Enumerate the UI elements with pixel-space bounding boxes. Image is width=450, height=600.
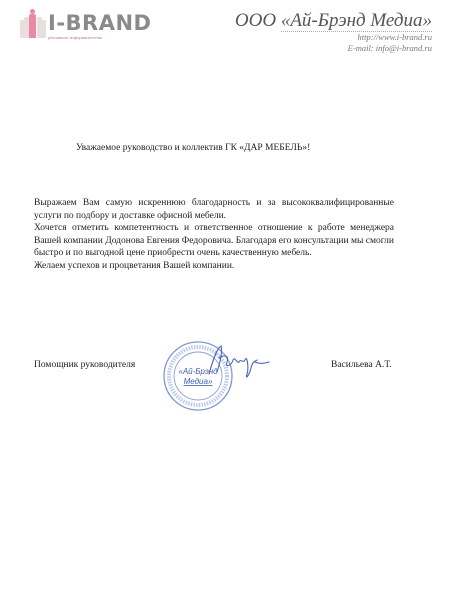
company-header: ООО «Ай-Брэнд Медиа» http://www.i-brand.… (235, 10, 432, 54)
signatory-name: Васильева А.Т. (331, 360, 392, 370)
company-name-quoted: «Ай-Брэнд Медиа» (281, 10, 432, 32)
signatory-role: Помощник руководителя (34, 360, 135, 370)
handwritten-signature-icon (205, 340, 275, 385)
letter-paragraph: Хочется отметить компетентность и ответс… (34, 222, 394, 260)
company-name: ООО «Ай-Брэнд Медиа» (235, 10, 432, 32)
company-logo: I-BRAND рекламное информагентство (20, 12, 151, 40)
letter-paragraph: Желаем успехов и процветания Вашей компа… (34, 260, 394, 273)
company-email: E-mail: info@i-brand.ru (235, 43, 432, 54)
logo-tagline: рекламное информагентство (48, 35, 151, 40)
letter-greeting: Уважаемое руководство и коллектив ГК «ДА… (76, 143, 310, 153)
company-website: http://www.i-brand.ru (235, 32, 432, 43)
logo-brand-name: I-BRAND (48, 12, 151, 34)
people-icon (20, 12, 46, 38)
letter-paragraph: Выражаем Вам самую искреннюю благодарнос… (34, 197, 394, 222)
letter-body: Выражаем Вам самую искреннюю благодарнос… (34, 197, 394, 273)
